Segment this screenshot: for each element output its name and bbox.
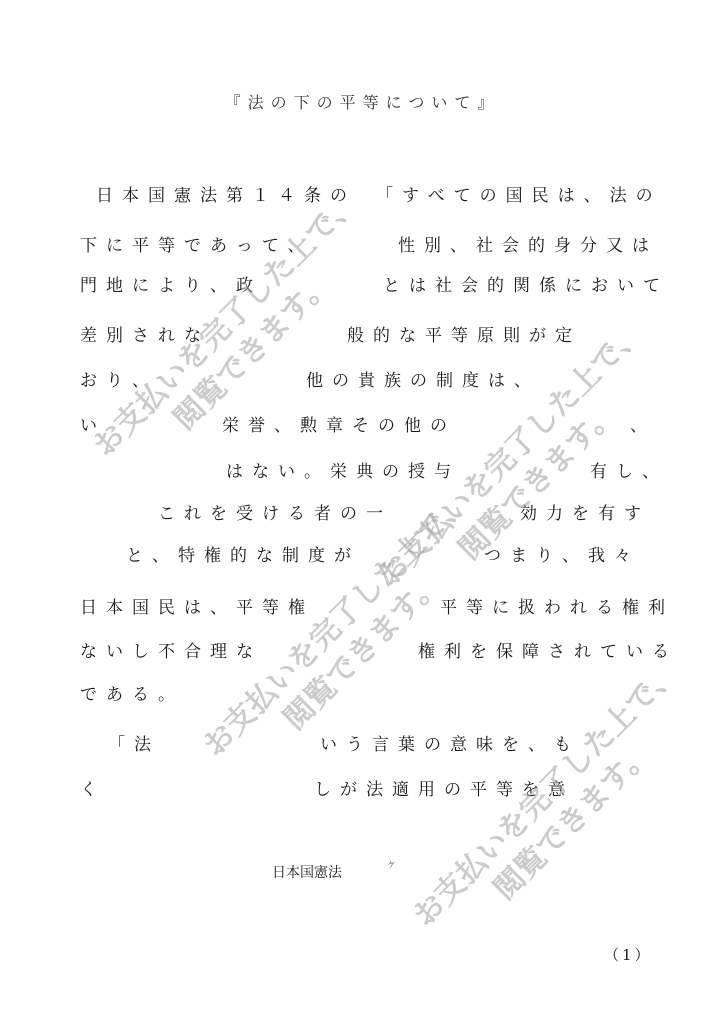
line-11-right: 権利を保障されている <box>418 637 678 662</box>
line-5-right: 他の貴族の制度は、 <box>306 366 540 391</box>
line-6-far-right: 、 <box>630 411 656 436</box>
line-7-far-right: 有し、 <box>590 457 668 482</box>
line-8-far-right: 効力を有す <box>520 499 650 524</box>
line-14-left: く <box>80 775 106 800</box>
line-6-left: い <box>80 411 106 436</box>
watermark-line2: 閲覧できます。 <box>433 681 714 962</box>
line-13-right: いう言葉の意味を、も <box>320 730 580 755</box>
line-9-left: と、特権的な制度が <box>126 541 360 566</box>
line-1-left: 日本国憲法第１４条の <box>96 181 356 206</box>
line-14-right: しが法適用の平等を意 <box>314 775 574 800</box>
line-2-left: 下に平等であって、 <box>80 231 314 256</box>
line-11-left: ないし不合理な <box>80 637 262 662</box>
line-2-right: 性別、社会的身分又は <box>398 231 658 256</box>
line-4-right: 般的な平等原則が定 <box>347 321 581 346</box>
document-title: 『法の下の平等について』 <box>0 90 725 113</box>
document-page: 『法の下の平等について』 日本国憲法第１４条の 「すべての国民は、法の 下に平等… <box>0 0 725 1024</box>
line-3-right: とは社会的関係において <box>383 271 669 296</box>
footer-fragment: ケ <box>387 858 396 871</box>
line-7-right: はない。栄典の授与 <box>226 457 460 482</box>
line-6-right: 栄誉、勲章その他の <box>222 411 456 436</box>
line-5-left: おり、 <box>80 366 158 391</box>
watermark-line1: お支払いを完了した上で、 <box>196 485 475 764</box>
payment-watermark-4: お支払いを完了した上で、 閲覧できます。 <box>406 654 714 962</box>
footer-label: 日本国憲法 <box>272 862 342 882</box>
line-13-left: 「法 <box>108 730 160 755</box>
line-4-left: 差別されな <box>80 321 210 346</box>
line-3-left: 門地により、政 <box>80 271 262 296</box>
line-10-right: 平等に扱われる権利 <box>440 593 674 618</box>
line-1-right: 「すべての国民は、法の <box>376 181 662 206</box>
line-8-right: これを受ける者の一 <box>158 499 392 524</box>
page-number: （1） <box>604 944 653 965</box>
line-12-left: である。 <box>80 680 184 705</box>
line-10-left: 日本国民は、平等権 <box>80 593 314 618</box>
line-9-right: つまり、我々 <box>484 541 640 566</box>
